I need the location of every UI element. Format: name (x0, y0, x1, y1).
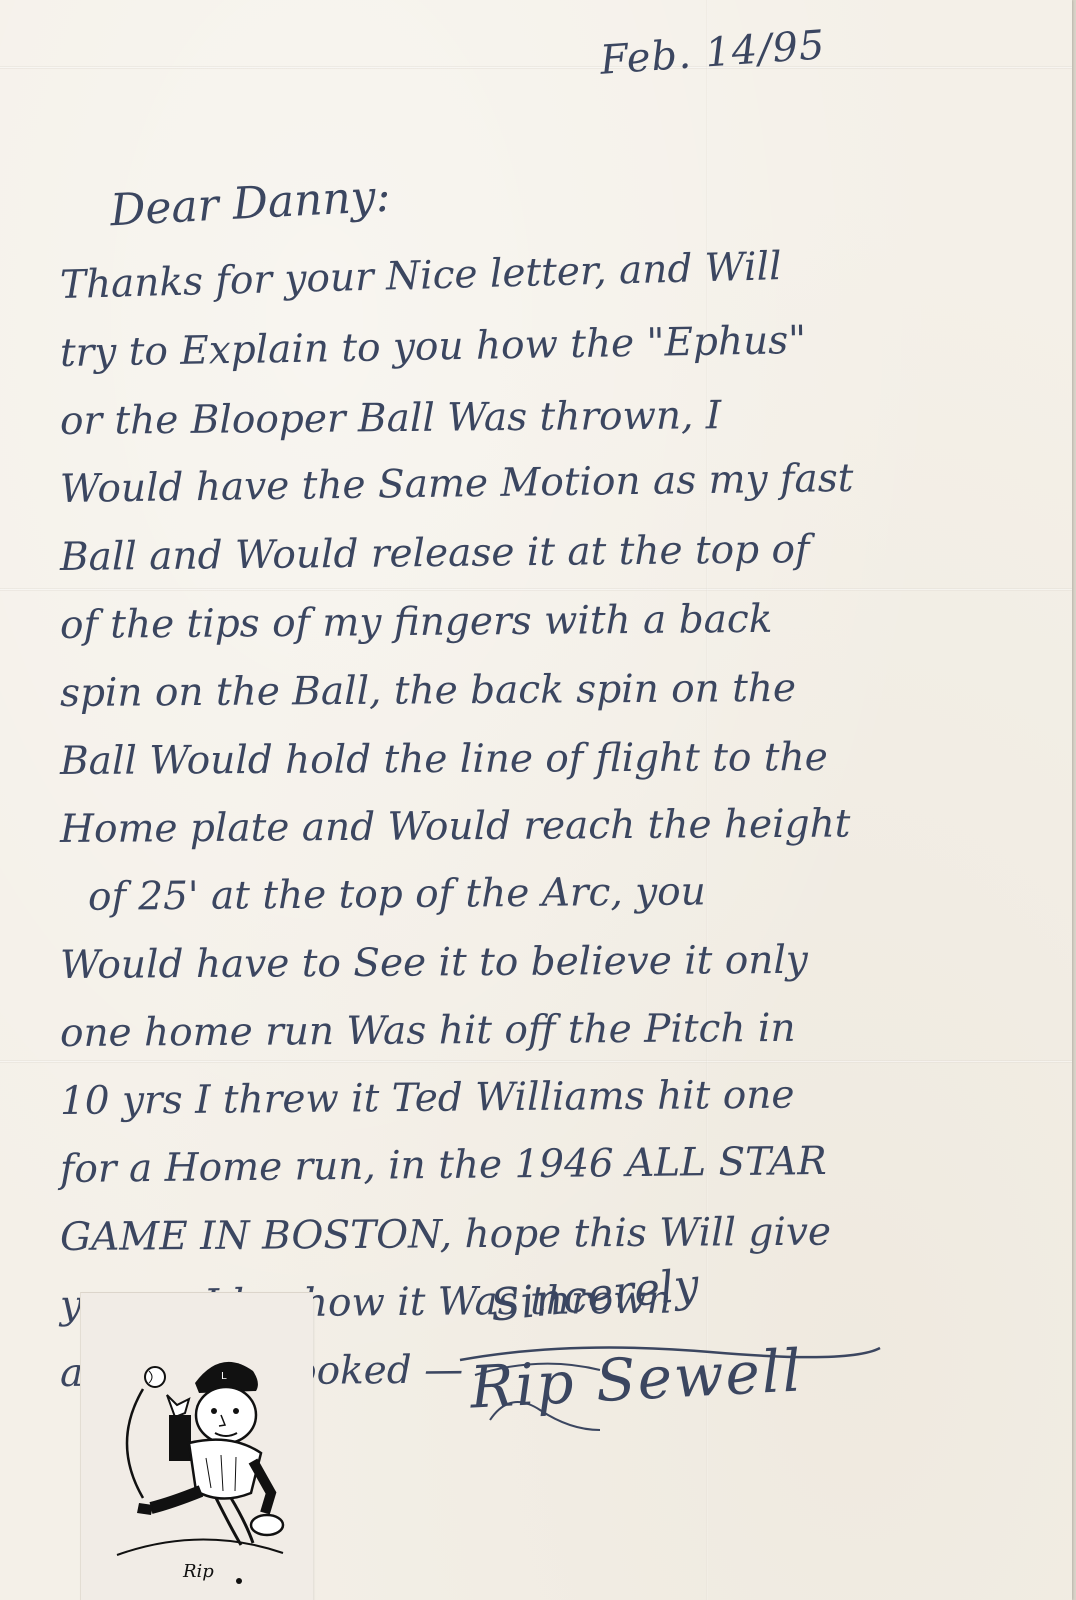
svg-text:L: L (221, 1371, 227, 1382)
body-line: spin on the Ball, the back spin on the (60, 653, 1040, 728)
body-line: Would have the Same Motion as my fast (60, 442, 1041, 524)
body-line: Would have to See it to believe it only (60, 925, 1040, 1000)
body-line: of 25' at the top of the Arc, you (60, 855, 1041, 932)
fold-crease (0, 66, 1072, 69)
letter-paper: Feb. 14/95 Dear Danny: Thanks for your N… (0, 0, 1072, 1600)
body-line: Ball and Would release it at the top of (60, 514, 1041, 592)
artist-signature: Rip (182, 1561, 214, 1582)
body-line: 10 yrs I threw it Ted Williams hit one (60, 1059, 1041, 1136)
letter-body: Thanks for your Nice letter, and Will tr… (60, 252, 1040, 1408)
body-line: Ball Would hold the line of flight to th… (60, 723, 1040, 796)
body-line: one home run Was hit off the Pitch in (60, 993, 1040, 1068)
pitcher-caricature-icon: L Rip (81, 1293, 313, 1600)
letter-date: Feb. 14/95 (599, 22, 827, 84)
cartoon-illustration: L Rip (80, 1292, 313, 1600)
salutation: Dear Danny: (109, 171, 392, 237)
body-line: GAME IN BOSTON, hope this Will give (60, 1197, 1040, 1272)
body-line: of the tips of my fingers with a back (60, 583, 1041, 660)
body-line: Home plate and Would reach the height (60, 789, 1040, 864)
body-line: for a Home run, in the 1946 ALL STAR (60, 1126, 1041, 1204)
